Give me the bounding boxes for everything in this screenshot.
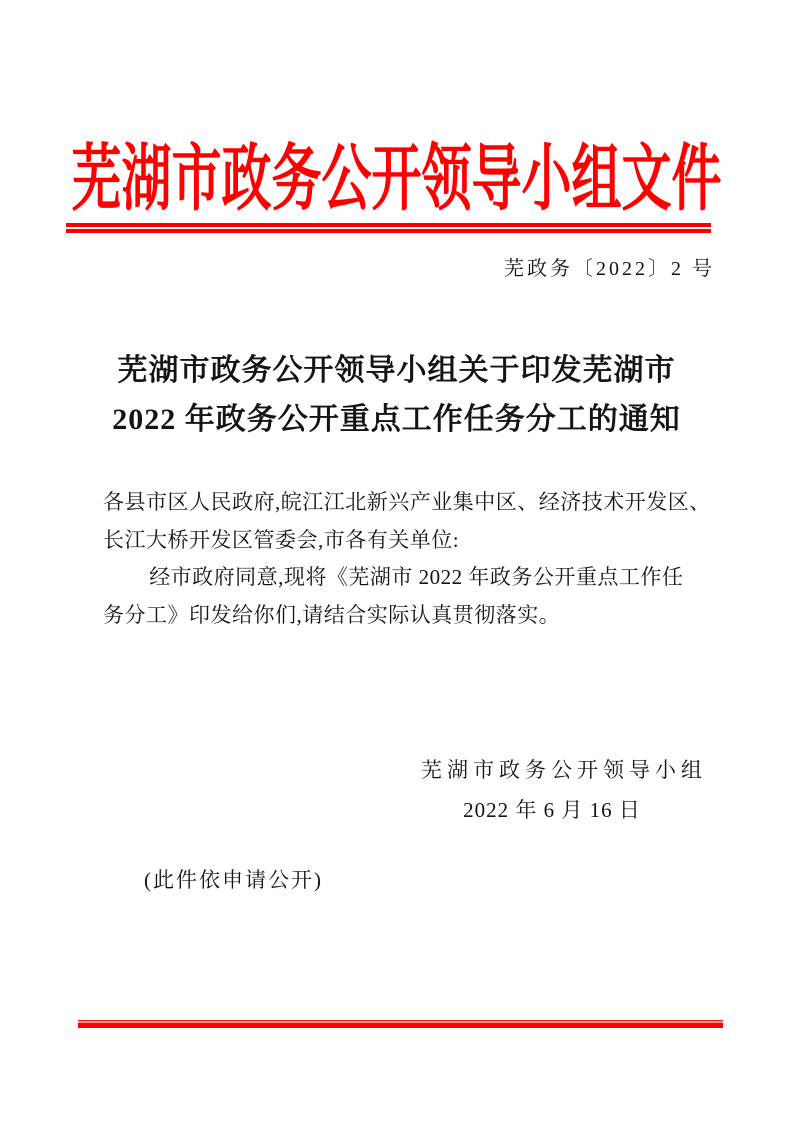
- signature-date: 2022 年 6 月 16 日: [421, 790, 683, 830]
- double-red-rule: [66, 223, 711, 233]
- document-body: 各县市区人民政府,皖江江北新兴产业集中区、经济技术开发区、 长江大桥开发区管委会…: [103, 484, 707, 634]
- disclosure-note: (此件依申请公开): [144, 864, 323, 894]
- body-paragraph-line-2: 务分工》印发给你们,请结合实际认真贯彻落实。: [103, 597, 707, 635]
- bottom-red-rule: [78, 1020, 723, 1028]
- body-paragraph-line-1: 经市政府同意,现将《芜湖市 2022 年政务公开重点工作任: [103, 559, 707, 597]
- salutation-line-1: 各县市区人民政府,皖江江北新兴产业集中区、经济技术开发区、: [103, 484, 707, 522]
- signature-org-name: 芜湖市政务公开领导小组: [421, 750, 683, 790]
- salutation-line-2: 长江大桥开发区管委会,市各有关单位:: [103, 522, 707, 560]
- signature-block: 芜湖市政务公开领导小组 2022 年 6 月 16 日: [421, 750, 683, 830]
- document-title-line-2: 2022 年政务公开重点工作任务分工的通知: [0, 395, 793, 444]
- document-title-line-1: 芜湖市政务公开领导小组关于印发芜湖市: [0, 346, 793, 395]
- document-number: 芜政务〔2022〕2 号: [504, 252, 715, 281]
- official-document-page: 芜湖市政务公开领导小组文件 芜政务〔2022〕2 号 芜湖市政务公开领导小组关于…: [0, 0, 793, 1122]
- letterhead-banner: 芜湖市政务公开领导小组文件: [0, 128, 793, 218]
- document-title: 芜湖市政务公开领导小组关于印发芜湖市 2022 年政务公开重点工作任务分工的通知: [0, 346, 793, 444]
- letterhead-title: 芜湖市政务公开领导小组文件: [72, 121, 722, 225]
